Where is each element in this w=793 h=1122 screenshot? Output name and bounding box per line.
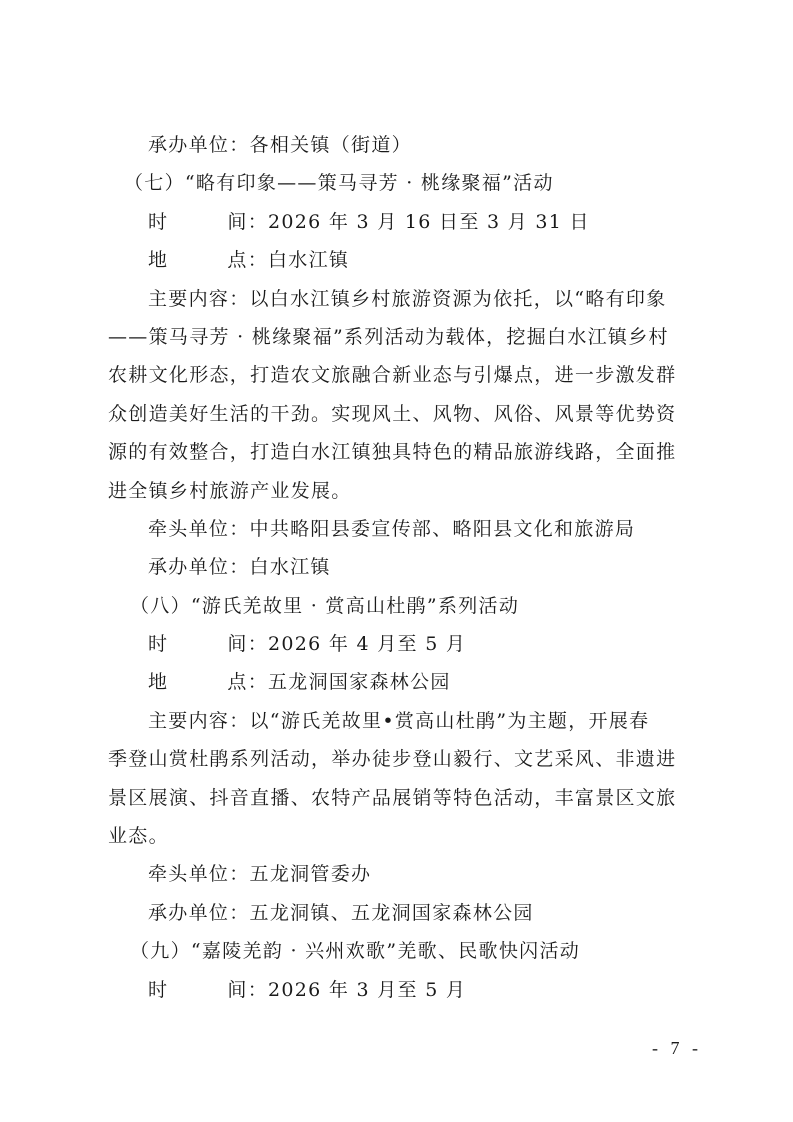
- time-line: 时间：2026 年 4 月至 5 月: [108, 625, 700, 663]
- field-label: 承办单位：: [148, 556, 250, 578]
- field-value: 白水江镇: [250, 556, 331, 578]
- field-label: 牵头单位：: [148, 518, 250, 540]
- organizer-line: 承办单位：五龙洞镇、五龙洞国家森林公园: [108, 894, 700, 932]
- field-value: 2026 年 3 月 16 日至 3 月 31 日: [268, 211, 590, 233]
- field-label: 承办单位：: [148, 134, 250, 156]
- location-line: 地点：白水江镇: [108, 241, 700, 279]
- paragraph-line: 景区展演、抖音直播、农特产品展销等特色活动，丰富景区文旅: [108, 779, 700, 817]
- section-heading-8: （八）“游氏羌故里 · 赏高山杜鹃”系列活动: [108, 587, 700, 625]
- field-value: 2026 年 3 月至 5 月: [268, 979, 466, 1001]
- field-value: 各相关镇（街道）: [250, 134, 412, 156]
- field-value: 2026 年 4 月至 5 月: [268, 633, 466, 655]
- paragraph-line: 源的有效整合，打造白水江镇独具特色的精品旅游线路，全面推: [108, 433, 700, 471]
- field-label: 承办单位：: [148, 902, 250, 924]
- field-label: 时间：: [148, 971, 268, 1009]
- paragraph-line: 进全镇乡村旅游产业发展。: [108, 472, 700, 510]
- field-value: 五龙洞国家森林公园: [268, 671, 451, 693]
- paragraph-line: 农耕文化形态，打造农文旅融合新业态与引爆点，进一步激发群: [108, 356, 700, 394]
- paragraph-line: 众创造美好生活的干劲。实现风土、风物、风俗、风景等优势资: [108, 395, 700, 433]
- organizer-line: 承办单位：各相关镇（街道）: [108, 126, 700, 164]
- field-value: 白水江镇: [268, 249, 349, 271]
- field-label: 时间：: [148, 625, 268, 663]
- lead-unit-line: 牵头单位：五龙洞管委办: [108, 855, 700, 893]
- field-label: 牵头单位：: [148, 863, 250, 885]
- paragraph-line: 季登山赏杜鹃系列活动，举办徒步登山毅行、文艺采风、非遗进: [108, 740, 700, 778]
- field-value: 中共略阳县委宣传部、略阳县文化和旅游局: [250, 518, 636, 540]
- paragraph-line: ——策马寻芳 · 桃缘聚福”系列活动为载体，挖掘白水江镇乡村: [108, 318, 700, 356]
- location-line: 地点：五龙洞国家森林公园: [108, 663, 700, 701]
- document-body: 承办单位：各相关镇（街道） （七）“略有印象——策马寻芳 · 桃缘聚福”活动 时…: [108, 126, 700, 1009]
- paragraph-line: 业态。: [108, 817, 700, 855]
- field-label: 地点：: [148, 663, 268, 701]
- field-label: 时间：: [148, 203, 268, 241]
- paragraph-line: 主要内容：以白水江镇乡村旅游资源为依托，以“略有印象: [108, 280, 700, 318]
- field-value: 五龙洞管委办: [250, 863, 372, 885]
- time-line: 时间：2026 年 3 月至 5 月: [108, 971, 700, 1009]
- paragraph-line: 主要内容：以“游氏羌故里•赏高山杜鹃”为主题，开展春: [108, 702, 700, 740]
- organizer-line: 承办单位：白水江镇: [108, 548, 700, 586]
- lead-unit-line: 牵头单位：中共略阳县委宣传部、略阳县文化和旅游局: [108, 510, 700, 548]
- field-value: 五龙洞镇、五龙洞国家森林公园: [250, 902, 534, 924]
- field-label: 地点：: [148, 241, 268, 279]
- page-number: - 7 -: [652, 1038, 702, 1059]
- document-page: 承办单位：各相关镇（街道） （七）“略有印象——策马寻芳 · 桃缘聚福”活动 时…: [0, 0, 793, 1122]
- time-line: 时间：2026 年 3 月 16 日至 3 月 31 日: [108, 203, 700, 241]
- section-heading-9: （九）“嘉陵羌韵 · 兴州欢歌”羌歌、民歌快闪活动: [108, 932, 700, 970]
- section-heading-7: （七）“略有印象——策马寻芳 · 桃缘聚福”活动: [108, 164, 700, 202]
